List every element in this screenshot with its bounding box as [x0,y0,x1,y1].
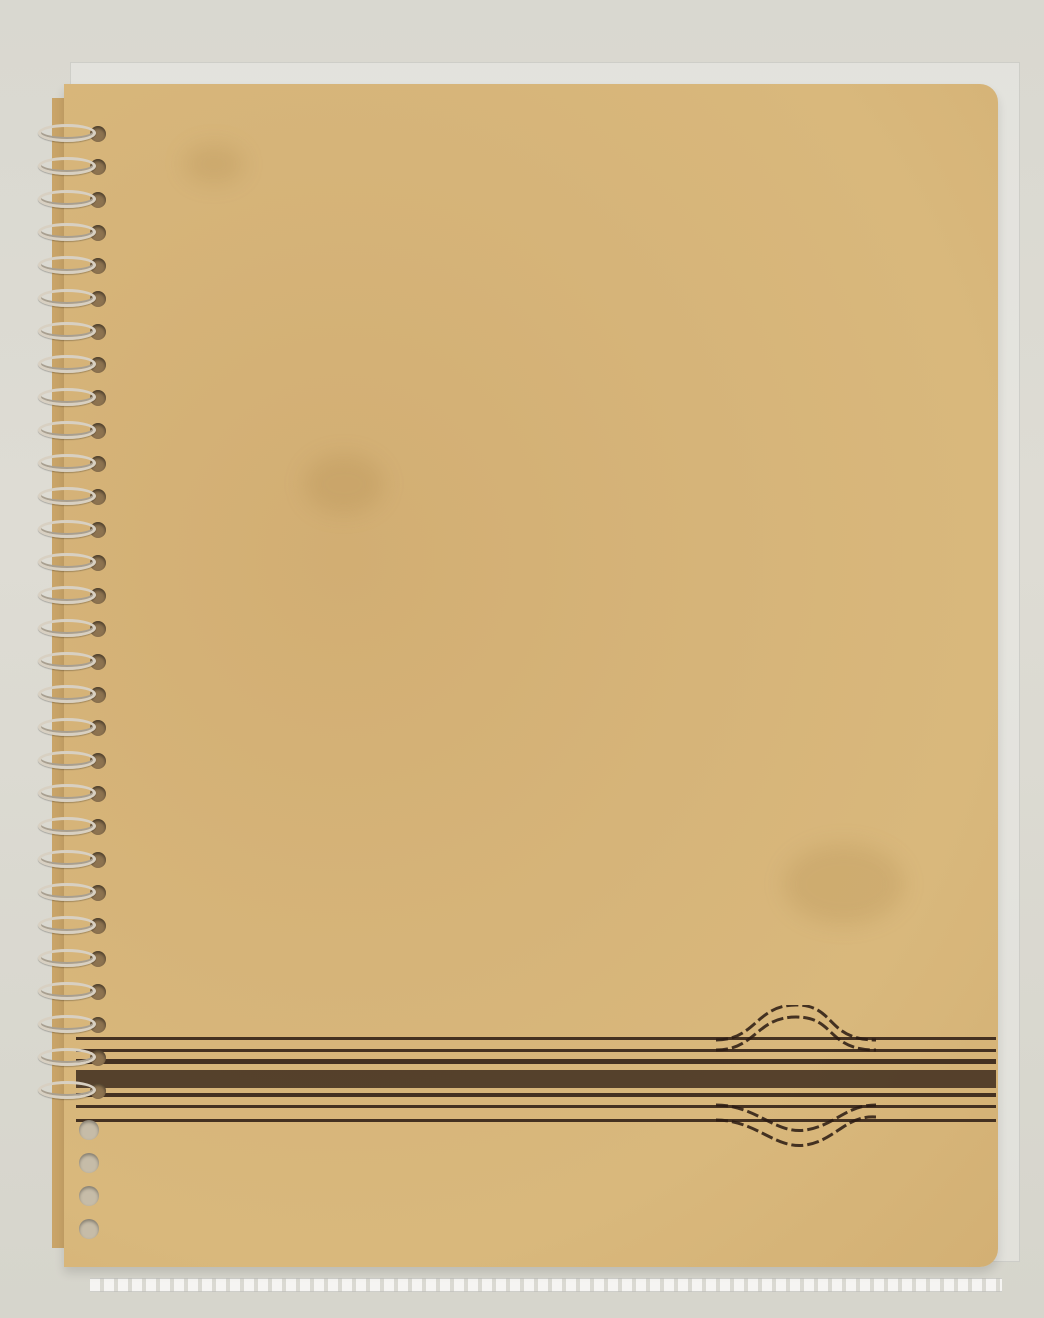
wave-ornament [716,1005,876,1155]
sleeve-punched-strip [90,1278,1002,1292]
spiral-binding [20,118,100,1108]
empty-punch-holes [79,1120,99,1252]
cover-stain [184,144,244,184]
distressed-stripe-band [76,1035,996,1145]
cover-stain [304,454,384,514]
cover-stain [784,844,904,924]
